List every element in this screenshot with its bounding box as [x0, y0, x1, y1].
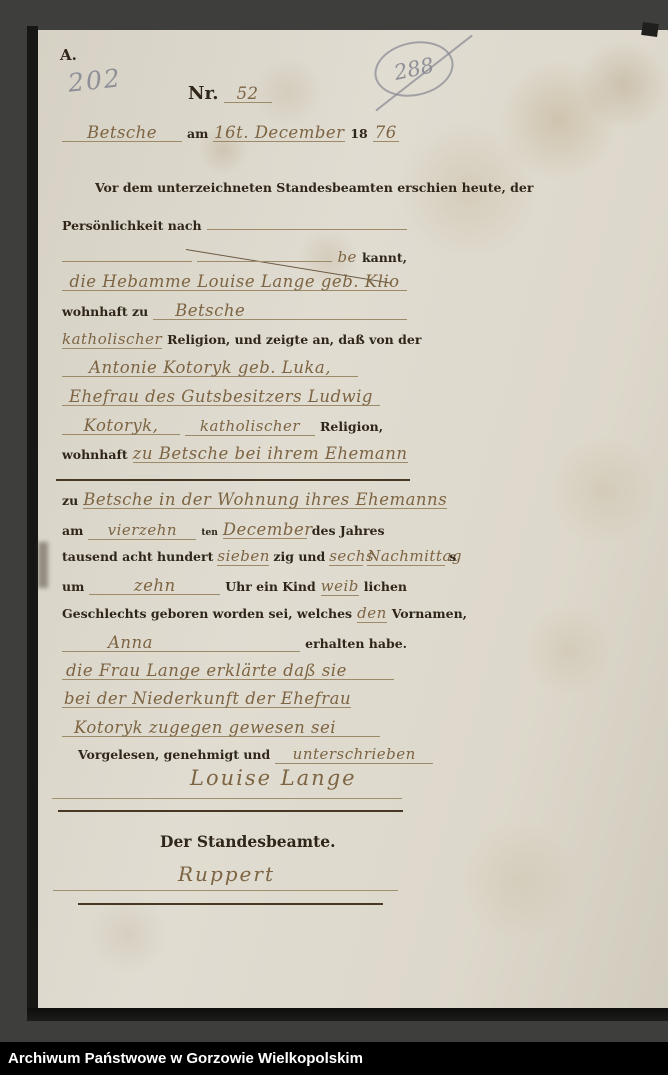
mother-residence-entry: zu Betsche bei ihrem Ehemann [133, 445, 408, 463]
nr-value: 52 [224, 85, 272, 103]
kannt-label: kannt, [362, 250, 407, 265]
standesbeamte-label: Der Standesbeamte. [160, 832, 336, 851]
intro-row: Vor dem unterzeichneten Standesbeamten e… [95, 180, 533, 195]
am2-label: am [62, 523, 83, 538]
place-entry: Betsche [62, 124, 182, 142]
religion2-row: Kotoryk, katholischer Religion, [62, 417, 407, 436]
child-name-row: Anna erhalten habe. [62, 634, 407, 652]
um-label: um [62, 579, 84, 594]
unterschrieben-entry: unterschrieben [275, 747, 433, 764]
religion1-label: Religion, und zeigte an, daß von der [167, 332, 421, 347]
pencil-strikethrough [375, 35, 472, 112]
mother-surname-entry: Kotoryk, [62, 417, 180, 435]
sex-entry: weib [321, 579, 359, 596]
am-label: am [187, 126, 208, 141]
year-written: 76 [373, 124, 399, 142]
year-word-entry: sechs [329, 549, 363, 566]
birthyear-row: tausend acht hundert sieben zig und sech… [62, 549, 407, 566]
daytime-entry: Nachmittag [367, 549, 445, 566]
vorgelesen-row: Vorgelesen, genehmigt und unterschrieben [78, 747, 433, 764]
nr-label: Nr. [188, 83, 219, 104]
year-printed: 18 [350, 126, 367, 141]
birthplace-row: zu Betsche in der Wohnung ihres Ehemanns [62, 491, 407, 509]
date-entry: 16t. December [213, 124, 345, 142]
scan-viewer: A. 202 288 Nr. 52 Betsche am 16t. Decemb… [0, 0, 668, 1042]
birth-hour-row: um zehn Uhr ein Kind weib lichen [62, 577, 407, 596]
section-rule [58, 810, 403, 812]
be-entry: be [337, 248, 356, 266]
birth-day-entry: vierzehn [88, 523, 196, 540]
note1-entry: die Frau Lange erklärte daß sie [62, 662, 394, 680]
birth-month-entry: December [223, 521, 307, 539]
official-signature: Ruppert [178, 862, 275, 886]
archive-footer-bar: Archiwum Państwowe w Gorzowie Wielkopols… [0, 1042, 668, 1075]
note-row-1: die Frau Lange erklärte daß sie [62, 662, 394, 680]
document-page: A. 202 288 Nr. 52 Betsche am 16t. Decemb… [38, 30, 668, 1008]
uhr-kind-label: Uhr ein Kind [225, 579, 316, 594]
hour-entry: zehn [89, 577, 220, 595]
mother-husband-entry: Ehefrau des Gutsbesitzers Ludwig [62, 388, 380, 406]
s-label: s [449, 549, 456, 564]
religion2-label: Religion, [320, 419, 383, 434]
mother-name-entry: Antonie Kotoryk geb. Luka, [62, 359, 358, 377]
section-rule [56, 479, 410, 481]
declarant-row: die Hebamme Louise Lange geb. Klio [62, 273, 407, 291]
decade-entry: sieben [217, 549, 269, 566]
tausend-label: tausend acht hundert [62, 549, 213, 564]
declarant-signature: Louise Lange [190, 766, 357, 790]
mother-residence-row: wohnhaft zu Betsche bei ihrem Ehemann [62, 445, 407, 463]
vornamen-label: Vornamen, [392, 606, 467, 621]
persoenlichkeit-row: Persönlichkeit nach [62, 213, 407, 233]
wohnhaft-label: wohnhaft [62, 447, 128, 462]
note-row-2: bei der Niederkunft der Ehefrau [62, 690, 346, 708]
religion2-entry: katholischer [185, 419, 315, 436]
blank-line [197, 245, 332, 262]
note3-entry: Kotoryk zugegen gewesen sei [62, 719, 380, 737]
birthplace-entry: Betsche in der Wohnung ihres Ehemanns [83, 491, 447, 509]
des-jahres-label: des Jahres [312, 523, 385, 538]
note2-entry: bei der Niederkunft der Ehefrau [62, 690, 351, 708]
signature-line [53, 890, 398, 891]
form-letter: A. [60, 46, 77, 64]
date-row: Betsche am 16t. December 18 76 [62, 124, 410, 142]
declarant-entry: die Hebamme Louise Lange geb. Klio [62, 273, 407, 291]
vorgelesen-label: Vorgelesen, genehmigt und [78, 747, 270, 762]
blank-line [207, 213, 407, 230]
lichen-label: lichen [364, 579, 407, 594]
persoenlichkeit-label: Persönlichkeit nach [62, 218, 202, 233]
pencil-annotation-left: 202 [67, 63, 123, 97]
page-edge-notch [641, 22, 659, 37]
geschlechts-label: Geschlechts geboren worden sei, welches [62, 606, 352, 621]
ink-smudge [38, 542, 48, 588]
intro-text: Vor dem unterzeichneten Standesbeamten e… [95, 180, 533, 195]
wohnhaft-zu-label: wohnhaft zu [62, 304, 148, 319]
article-entry: den [357, 606, 387, 623]
record-number-row: Nr. 52 [188, 83, 272, 104]
mother-husband-row: Ehefrau des Gutsbesitzers Ludwig [62, 388, 380, 406]
signature-line [52, 798, 402, 799]
religion1-entry: katholischer [62, 332, 162, 349]
erhalten-label: erhalten habe. [305, 636, 407, 651]
child-name-entry: Anna [62, 634, 300, 652]
blank-line [62, 245, 192, 262]
note-row-3: Kotoryk zugegen gewesen sei [62, 719, 380, 737]
declarant-place-entry: Betsche [153, 302, 407, 320]
birthdate-row: am vierzehn ten December des Jahres [62, 521, 407, 540]
zig-und-label: zig und [273, 549, 325, 564]
archive-name: Archiwum Państwowe w Gorzowie Wielkopols… [0, 1050, 363, 1067]
section-rule [78, 903, 383, 905]
religion1-row: katholischer Religion, und zeigte an, da… [62, 332, 407, 349]
bekannt-row: be kannt, [62, 245, 407, 266]
mother-name-row: Antonie Kotoryk geb. Luka, [62, 359, 358, 377]
ten-label: ten [201, 528, 217, 538]
standesbeamte-row: Der Standesbeamte. [160, 832, 336, 851]
declarant-residence-row: wohnhaft zu Betsche [62, 302, 407, 320]
zu-label: zu [62, 493, 78, 508]
pencil-annotation-circled: 288 [369, 34, 458, 103]
sex-row: Geschlechts geboren worden sei, welches … [62, 606, 407, 623]
